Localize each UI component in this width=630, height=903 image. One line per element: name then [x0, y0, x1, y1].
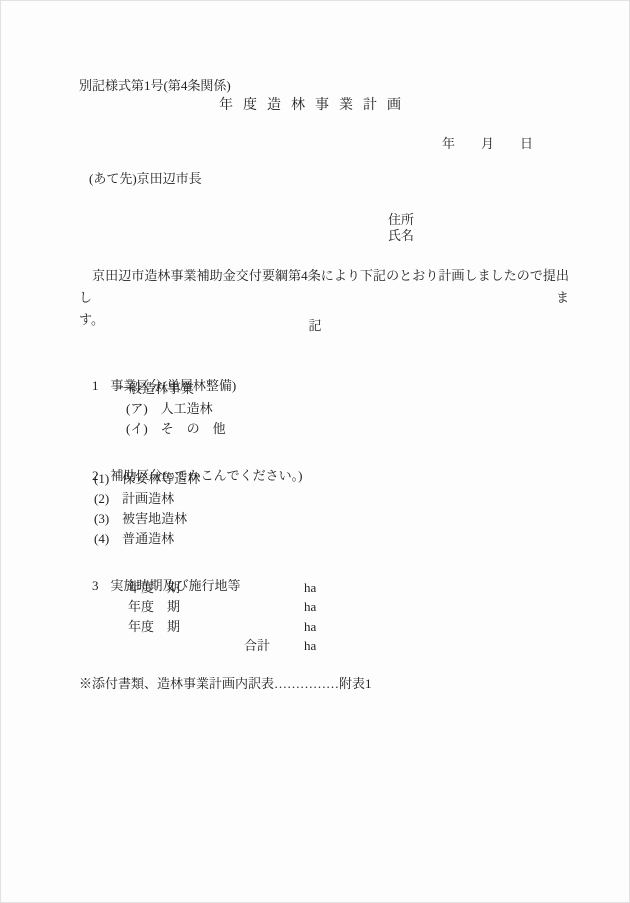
- period-label: 期: [167, 619, 180, 636]
- hectare-unit: ha: [304, 638, 316, 655]
- period-label: 期: [167, 599, 180, 616]
- year-label: 年度: [128, 580, 154, 597]
- section1-item-other: (イ) そ の 他: [126, 421, 226, 438]
- section2-item-protection-forest: (1) 保安林等造林: [94, 471, 200, 488]
- hectare-unit: ha: [304, 580, 316, 597]
- date-line: 年 月 日: [442, 136, 533, 153]
- section1-item-general-afforestation: 一般造林事業: [116, 381, 194, 398]
- hectare-unit: ha: [304, 619, 316, 636]
- form-page: 別記様式第1号(第4条関係) 年度造林事業計画 年 月 日 (あて先)京田辺市長…: [0, 0, 630, 903]
- name-label: 氏名: [388, 228, 414, 245]
- year-label: 年度: [128, 619, 154, 636]
- addressee: (あて先)京田辺市長: [89, 171, 202, 188]
- record-marker: 記: [1, 318, 629, 335]
- body-paragraph-line1: 京田辺市造林事業補助金交付要綱第4条により下記のとおり計画しましたので提出しま: [79, 265, 569, 309]
- schedule-row-2: 年度 期 ha: [1, 599, 629, 616]
- total-label: 合計: [244, 638, 270, 655]
- address-label: 住所: [388, 212, 414, 229]
- section1-item-artificial-afforestation: (ア) 人工造林: [126, 401, 213, 418]
- section2-item-damaged-land-afforestation: (3) 被害地造林: [94, 511, 187, 528]
- schedule-row-3: 年度 期 ha: [1, 619, 629, 636]
- year-label: 年度: [128, 599, 154, 616]
- schedule-total-row: 合計 ha: [1, 638, 629, 655]
- hectare-unit: ha: [304, 599, 316, 616]
- attachment-footnote: ※添付書類、造林事業計画内訳表……………附表1: [79, 676, 372, 693]
- document-title: 年度造林事業計画: [1, 97, 629, 115]
- section2-item-planned-afforestation: (2) 計画造林: [94, 491, 174, 508]
- period-label: 期: [167, 580, 180, 597]
- section2-item-ordinary-afforestation: (4) 普通造林: [94, 531, 174, 548]
- form-number: 別記様式第1号(第4条関係): [79, 78, 231, 95]
- section1-number: 1: [92, 378, 99, 395]
- schedule-row-1: 年度 期 ha: [1, 580, 629, 597]
